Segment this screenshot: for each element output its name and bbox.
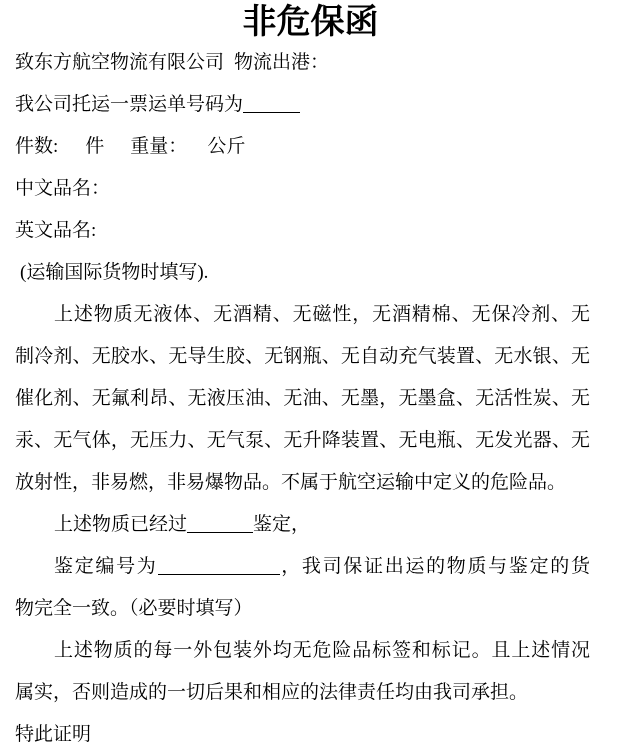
certificate-suffix: ，我司保证出运的物质与鉴定的货 [280,556,590,577]
closing-line: 特此证明 [15,714,590,750]
declaration-line-5: 放射性，非易燃，非易爆物品。不属于航空运输中定义的危险品。 [15,462,590,504]
chinese-name-line: 中文品名： [15,168,590,210]
international-note-line: (运输国际货物时填写). [15,252,590,294]
quantity-line: 件数:件重量：公斤 [15,126,590,168]
liability-line-2: 属实，否则造成的一切后果和相应的法律责任均由我司承担。 [15,672,590,714]
declaration-line-3: 催化剂、无氟利昂、无液压油、无油、无墨，无墨盒、无活性炭、无 [15,378,590,420]
recipient-company: 致东方航空物流有限公司 [15,52,224,73]
salutation-line: 致东方航空物流有限公司物流出港： [15,42,590,84]
english-name-line: 英文品名: [15,210,590,252]
weight-unit: 公斤 [207,136,245,157]
document-title: 非危保函 [0,4,621,42]
certificate-prefix: 鉴定编号为 [54,556,158,577]
declaration-line-2: 制冷剂、无胶水、无导生胶、无钢瓶、无自动充气装置、无水银、无 [15,336,590,378]
certificate-continuation-line: 物完全一致。（必要时填写） [15,588,590,630]
appraisal-prefix: 上述物质已经过 [54,514,187,535]
awb-prefix: 我公司托运一票运单号码为 [15,94,243,115]
appraisal-org-blank[interactable] [187,516,253,533]
liability-line-1: 上述物质的每一外包装外均无危险品标签和标记。且上述情况 [15,630,590,672]
pieces-unit: 件 [85,136,104,157]
awb-number-blank[interactable] [243,96,300,113]
declaration-line-4: 汞、无气体，无压力、无气泵、无升降装置、无电瓶、无发光器、无 [15,420,590,462]
certificate-number-blank[interactable] [158,558,280,575]
document-page: 非危保函 致东方航空物流有限公司物流出港： 我公司托运一票运单号码为 件数:件重… [0,0,621,750]
recipient-dept: 物流出港： [234,52,329,73]
pieces-label: 件数: [15,136,58,157]
awb-line: 我公司托运一票运单号码为 [15,84,590,126]
weight-label: 重量： [130,136,187,157]
appraisal-line: 上述物质已经过鉴定， [15,504,590,546]
document-body: 致东方航空物流有限公司物流出港： 我公司托运一票运单号码为 件数:件重量：公斤 … [0,42,621,750]
declaration-paragraph: 上述物质无液体、无酒精、无磁性，无酒精棉、无保冷剂、无 制冷剂、无胶水、无导生胶… [15,294,590,504]
liability-paragraph: 上述物质的每一外包装外均无危险品标签和标记。且上述情况 属实，否则造成的一切后果… [15,630,590,714]
appraisal-suffix: 鉴定， [253,514,310,535]
declaration-line-1: 上述物质无液体、无酒精、无磁性，无酒精棉、无保冷剂、无 [15,294,590,336]
certificate-line: 鉴定编号为，我司保证出运的物质与鉴定的货 [15,546,590,588]
